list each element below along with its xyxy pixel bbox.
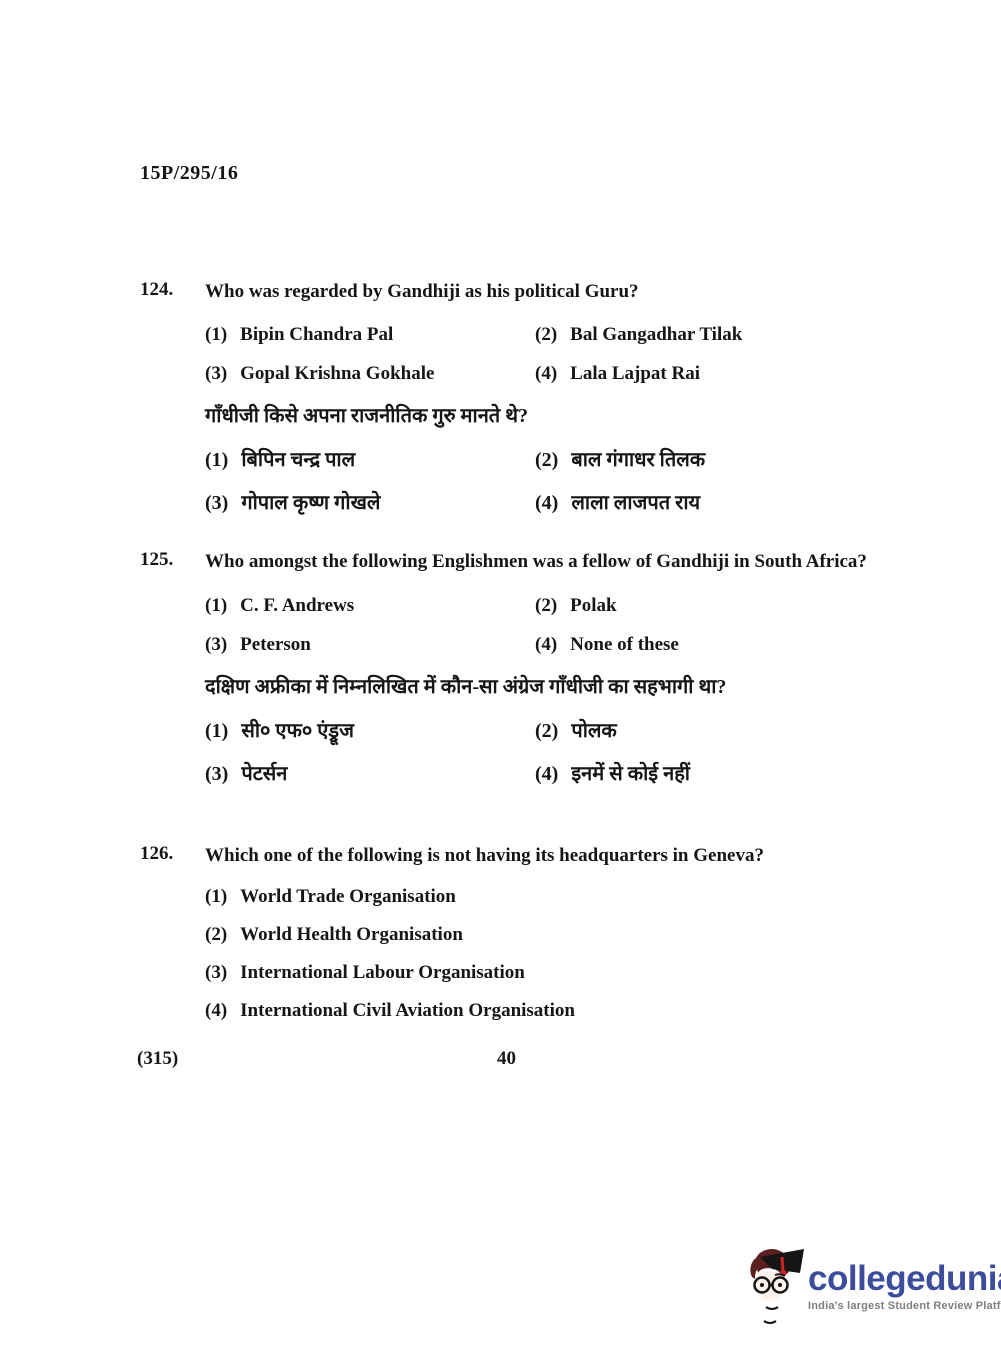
booklet-code: (315) [137, 1048, 178, 1070]
question-number: 126. [140, 843, 205, 869]
options-hi: (1)बिपिन चन्द्र पाल (2)बाल गंगाधर तिलक (… [205, 446, 900, 517]
question-126: 126. Which one of the following is not h… [140, 843, 900, 1024]
option: (2)Bal Gangadhar Tilak [535, 322, 900, 348]
option: (4)Lala Lajpat Rai [535, 361, 900, 387]
option-number: (1) [205, 446, 228, 474]
option: (2)World Health Organisation [205, 922, 900, 948]
option-label: Gopal Krishna Gokhale [240, 363, 434, 384]
option: (1)सी० एफ० एंड्रूज [205, 717, 535, 745]
option-label: इनमें से कोई नहीं [571, 763, 690, 785]
option-number: (3) [205, 760, 228, 788]
option: (2)Polak [535, 593, 900, 619]
option-label: World Health Organisation [240, 924, 463, 945]
options-en: (1)World Trade Organisation (2)World Hea… [205, 884, 900, 1024]
option: (4)लाला लाजपत राय [535, 489, 900, 517]
option-number: (4) [535, 489, 558, 517]
options-hi: (1)सी० एफ० एंड्रूज (2)पोलक (3)पेटर्सन (4… [205, 717, 900, 788]
option-number: (2) [535, 446, 558, 474]
option-label: पेटर्सन [241, 763, 287, 785]
option-label: गोपाल कृष्ण गोखले [241, 492, 380, 514]
question-124: 124. Who was regarded by Gandhiji as his… [140, 279, 900, 517]
option-label: International Labour Organisation [240, 962, 525, 983]
option: (4)इनमें से कोई नहीं [535, 760, 900, 788]
option-number: (2) [535, 717, 558, 745]
option-label: Bipin Chandra Pal [240, 324, 393, 345]
options-en: (1)Bipin Chandra Pal (2)Bal Gangadhar Ti… [205, 322, 900, 387]
option-number: (4) [535, 760, 558, 788]
collegedunia-mascot-icon [742, 1243, 804, 1331]
question-number: 125. [140, 549, 205, 575]
option-label: International Civil Aviation Organisatio… [240, 1000, 575, 1021]
option-number: (1) [205, 884, 227, 910]
option-number: (2) [535, 322, 557, 348]
option-label: बिपिन चन्द्र पाल [241, 449, 355, 471]
option: (3)Gopal Krishna Gokhale [205, 361, 535, 387]
option: (1)World Trade Organisation [205, 884, 900, 910]
option-number: (1) [205, 593, 227, 619]
option-label: Bal Gangadhar Tilak [570, 324, 742, 345]
option: (3)गोपाल कृष्ण गोखले [205, 489, 535, 517]
option-number: (3) [205, 489, 228, 517]
question-text-en: Which one of the following is not having… [205, 843, 897, 869]
collegedunia-brand-text: collegedunia [808, 1262, 1001, 1296]
question-text-en: Who was regarded by Gandhiji as his poli… [205, 279, 897, 305]
option-number: (3) [205, 960, 227, 986]
option-number: (2) [535, 593, 557, 619]
option: (4)None of these [535, 632, 900, 658]
option-label: लाला लाजपत राय [571, 492, 700, 514]
option: (3)International Labour Organisation [205, 960, 900, 986]
option-number: (3) [205, 632, 227, 658]
option-number: (1) [205, 322, 227, 348]
option-number: (4) [535, 632, 557, 658]
option: (3)पेटर्सन [205, 760, 535, 788]
option: (2)पोलक [535, 717, 900, 745]
option-label: C. F. Andrews [240, 595, 354, 616]
option-label: पोलक [571, 720, 616, 742]
question-text-hi: गाँधीजी किसे अपना राजनीतिक गुरु मानते थे… [205, 402, 900, 430]
option-label: सी० एफ० एंड्रूज [241, 720, 354, 742]
collegedunia-logo: collegedunia .com India's largest Studen… [742, 1243, 1001, 1331]
option: (2)बाल गंगाधर तिलक [535, 446, 900, 474]
option: (4)International Civil Aviation Organisa… [205, 998, 900, 1024]
scanned-exam-page: 15P/295/16 124. Who was regarded by Gand… [0, 0, 1001, 1356]
option-number: (4) [535, 361, 557, 387]
option-label: None of these [570, 634, 679, 655]
option-number: (4) [205, 998, 227, 1024]
option-number: (2) [205, 922, 227, 948]
option: (3)Peterson [205, 632, 535, 658]
option: (1)C. F. Andrews [205, 593, 535, 619]
question-number: 124. [140, 279, 205, 305]
option-number: (1) [205, 717, 228, 745]
paper-code: 15P/295/16 [140, 162, 238, 185]
question-text-en: Who amongst the following Englishmen was… [205, 549, 897, 575]
page-number: 40 [497, 1048, 516, 1070]
option-label: World Trade Organisation [240, 886, 456, 907]
question-125: 125. Who amongst the following Englishme… [140, 549, 900, 788]
option-number: (3) [205, 361, 227, 387]
option-label: बाल गंगाधर तिलक [571, 449, 705, 471]
option: (1)Bipin Chandra Pal [205, 322, 535, 348]
question-text-hi: दक्षिण अफ्रीका में निम्नलिखित में कौन-सा… [205, 673, 900, 701]
options-en: (1)C. F. Andrews (2)Polak (3)Peterson (4… [205, 593, 900, 658]
collegedunia-tagline: India's largest Student Review Platform [808, 1300, 1001, 1312]
option: (1)बिपिन चन्द्र पाल [205, 446, 535, 474]
option-label: Lala Lajpat Rai [570, 363, 700, 384]
option-label: Polak [570, 595, 616, 616]
option-label: Peterson [240, 634, 311, 655]
